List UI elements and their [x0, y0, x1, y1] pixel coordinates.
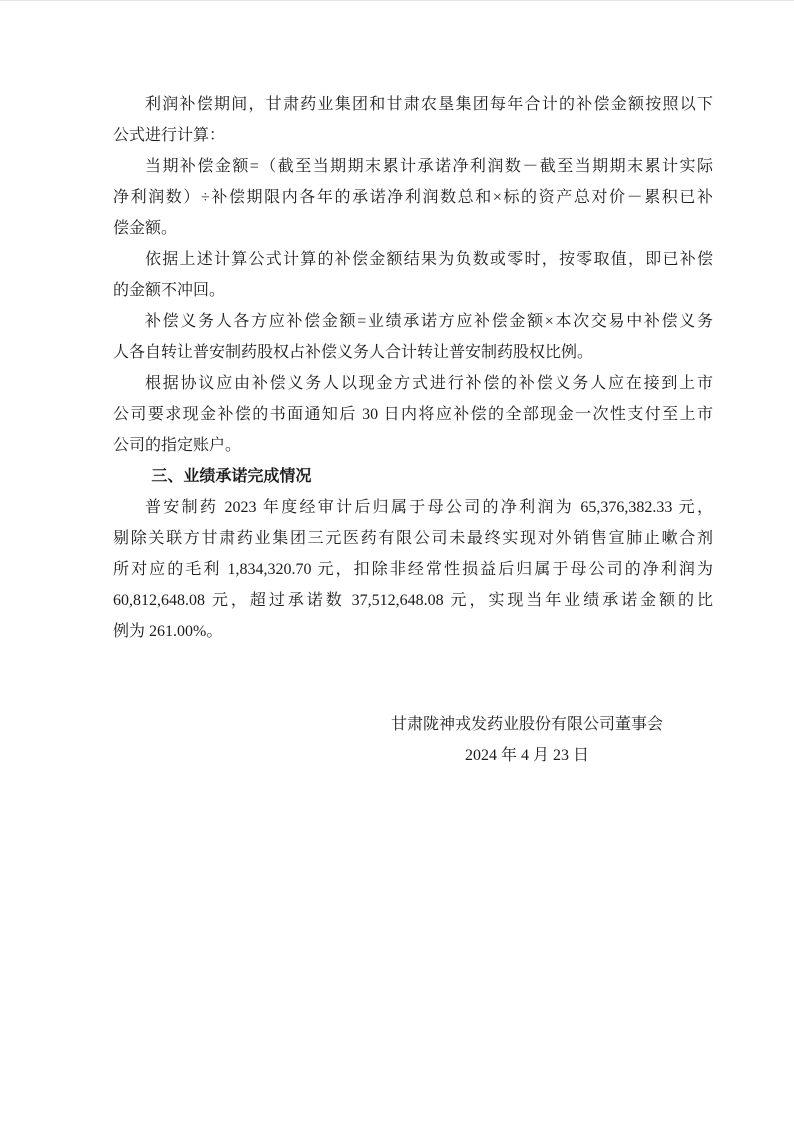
- text-line: 所对应的毛利 1,834,320.70 元，扣除非经常性损益后归属于母公司的净利…: [113, 554, 713, 585]
- text-line: 60,812,648.08 元，超过承诺数 37,512,648.08 元，实现…: [113, 585, 713, 616]
- document-page: { "page": { "background": "#ffffff", "te…: [0, 0, 794, 1122]
- page: 利润补偿期间，甘肃药业集团和甘肃农垦集团每年合计的补偿金额按照以下 公式进行计算…: [0, 0, 794, 1122]
- text-line: 普安制药 2023 年度经审计后归属于母公司的净利润为 65,376,382.3…: [113, 492, 713, 523]
- text-line: 净利润数）÷补偿期限内各年的承诺净利润数总和×标的资产总对价－累积已补: [113, 182, 713, 213]
- section-heading-performance-completion: 三、业绩承诺完成情况: [113, 461, 713, 492]
- signature-company: 甘肃陇神戎发药业股份有限公司董事会: [391, 709, 663, 740]
- text-line: 公司要求现金补偿的书面通知后 30 日内将应补偿的全部现金一次性支付至上市: [113, 399, 713, 430]
- signature-date: 2024 年 4 月 23 日: [391, 740, 663, 771]
- text-line: 例为 261.00%。: [113, 616, 713, 647]
- text-line: 人各自转让普安制药股权占补偿义务人合计转让普安制药股权比例。: [113, 337, 713, 368]
- text-line: 补偿义务人各方应补偿金额=业绩承诺方应补偿金额×本次交易中补偿义务: [113, 306, 713, 337]
- paragraph-compensation-formula: 当期补偿金额=（截至当期期末累计承诺净利润数－截至当期期末累计实际 净利润数）÷…: [113, 151, 713, 244]
- paragraph-zero-rule: 依据上述计算公式计算的补偿金额结果为负数或零时，按零取值，即已补偿 的金额不冲回…: [113, 244, 713, 306]
- text-line: 公式进行计算：: [113, 120, 713, 151]
- text-line: 剔除关联方甘肃药业集团三元医药有限公司未最终实现对外销售宣肺止嗽合剂: [113, 523, 713, 554]
- text-line: 偿金额。: [113, 213, 713, 244]
- signature-block: 甘肃陇神戎发药业股份有限公司董事会 2024 年 4 月 23 日: [391, 709, 663, 771]
- document-body: 利润补偿期间，甘肃药业集团和甘肃农垦集团每年合计的补偿金额按照以下 公式进行计算…: [113, 89, 713, 771]
- section-heading: 三、业绩承诺完成情况: [113, 461, 713, 492]
- paragraph-obligor-share: 补偿义务人各方应补偿金额=业绩承诺方应补偿金额×本次交易中补偿义务 人各自转让普…: [113, 306, 713, 368]
- text-line: 的金额不冲回。: [113, 275, 713, 306]
- text-line: 公司的指定账户。: [113, 430, 713, 461]
- text-line: 根据协议应由补偿义务人以现金方式进行补偿的补偿义务人应在接到上市: [113, 368, 713, 399]
- paragraph-compensation-intro: 利润补偿期间，甘肃药业集团和甘肃农垦集团每年合计的补偿金额按照以下 公式进行计算…: [113, 89, 713, 151]
- text-line: 当期补偿金额=（截至当期期末累计承诺净利润数－截至当期期末累计实际: [113, 151, 713, 182]
- text-line: 依据上述计算公式计算的补偿金额结果为负数或零时，按零取值，即已补偿: [113, 244, 713, 275]
- paragraph-cash-payment: 根据协议应由补偿义务人以现金方式进行补偿的补偿义务人应在接到上市 公司要求现金补…: [113, 368, 713, 461]
- text-line: 利润补偿期间，甘肃药业集团和甘肃农垦集团每年合计的补偿金额按照以下: [113, 89, 713, 120]
- paragraph-performance-result: 普安制药 2023 年度经审计后归属于母公司的净利润为 65,376,382.3…: [113, 492, 713, 647]
